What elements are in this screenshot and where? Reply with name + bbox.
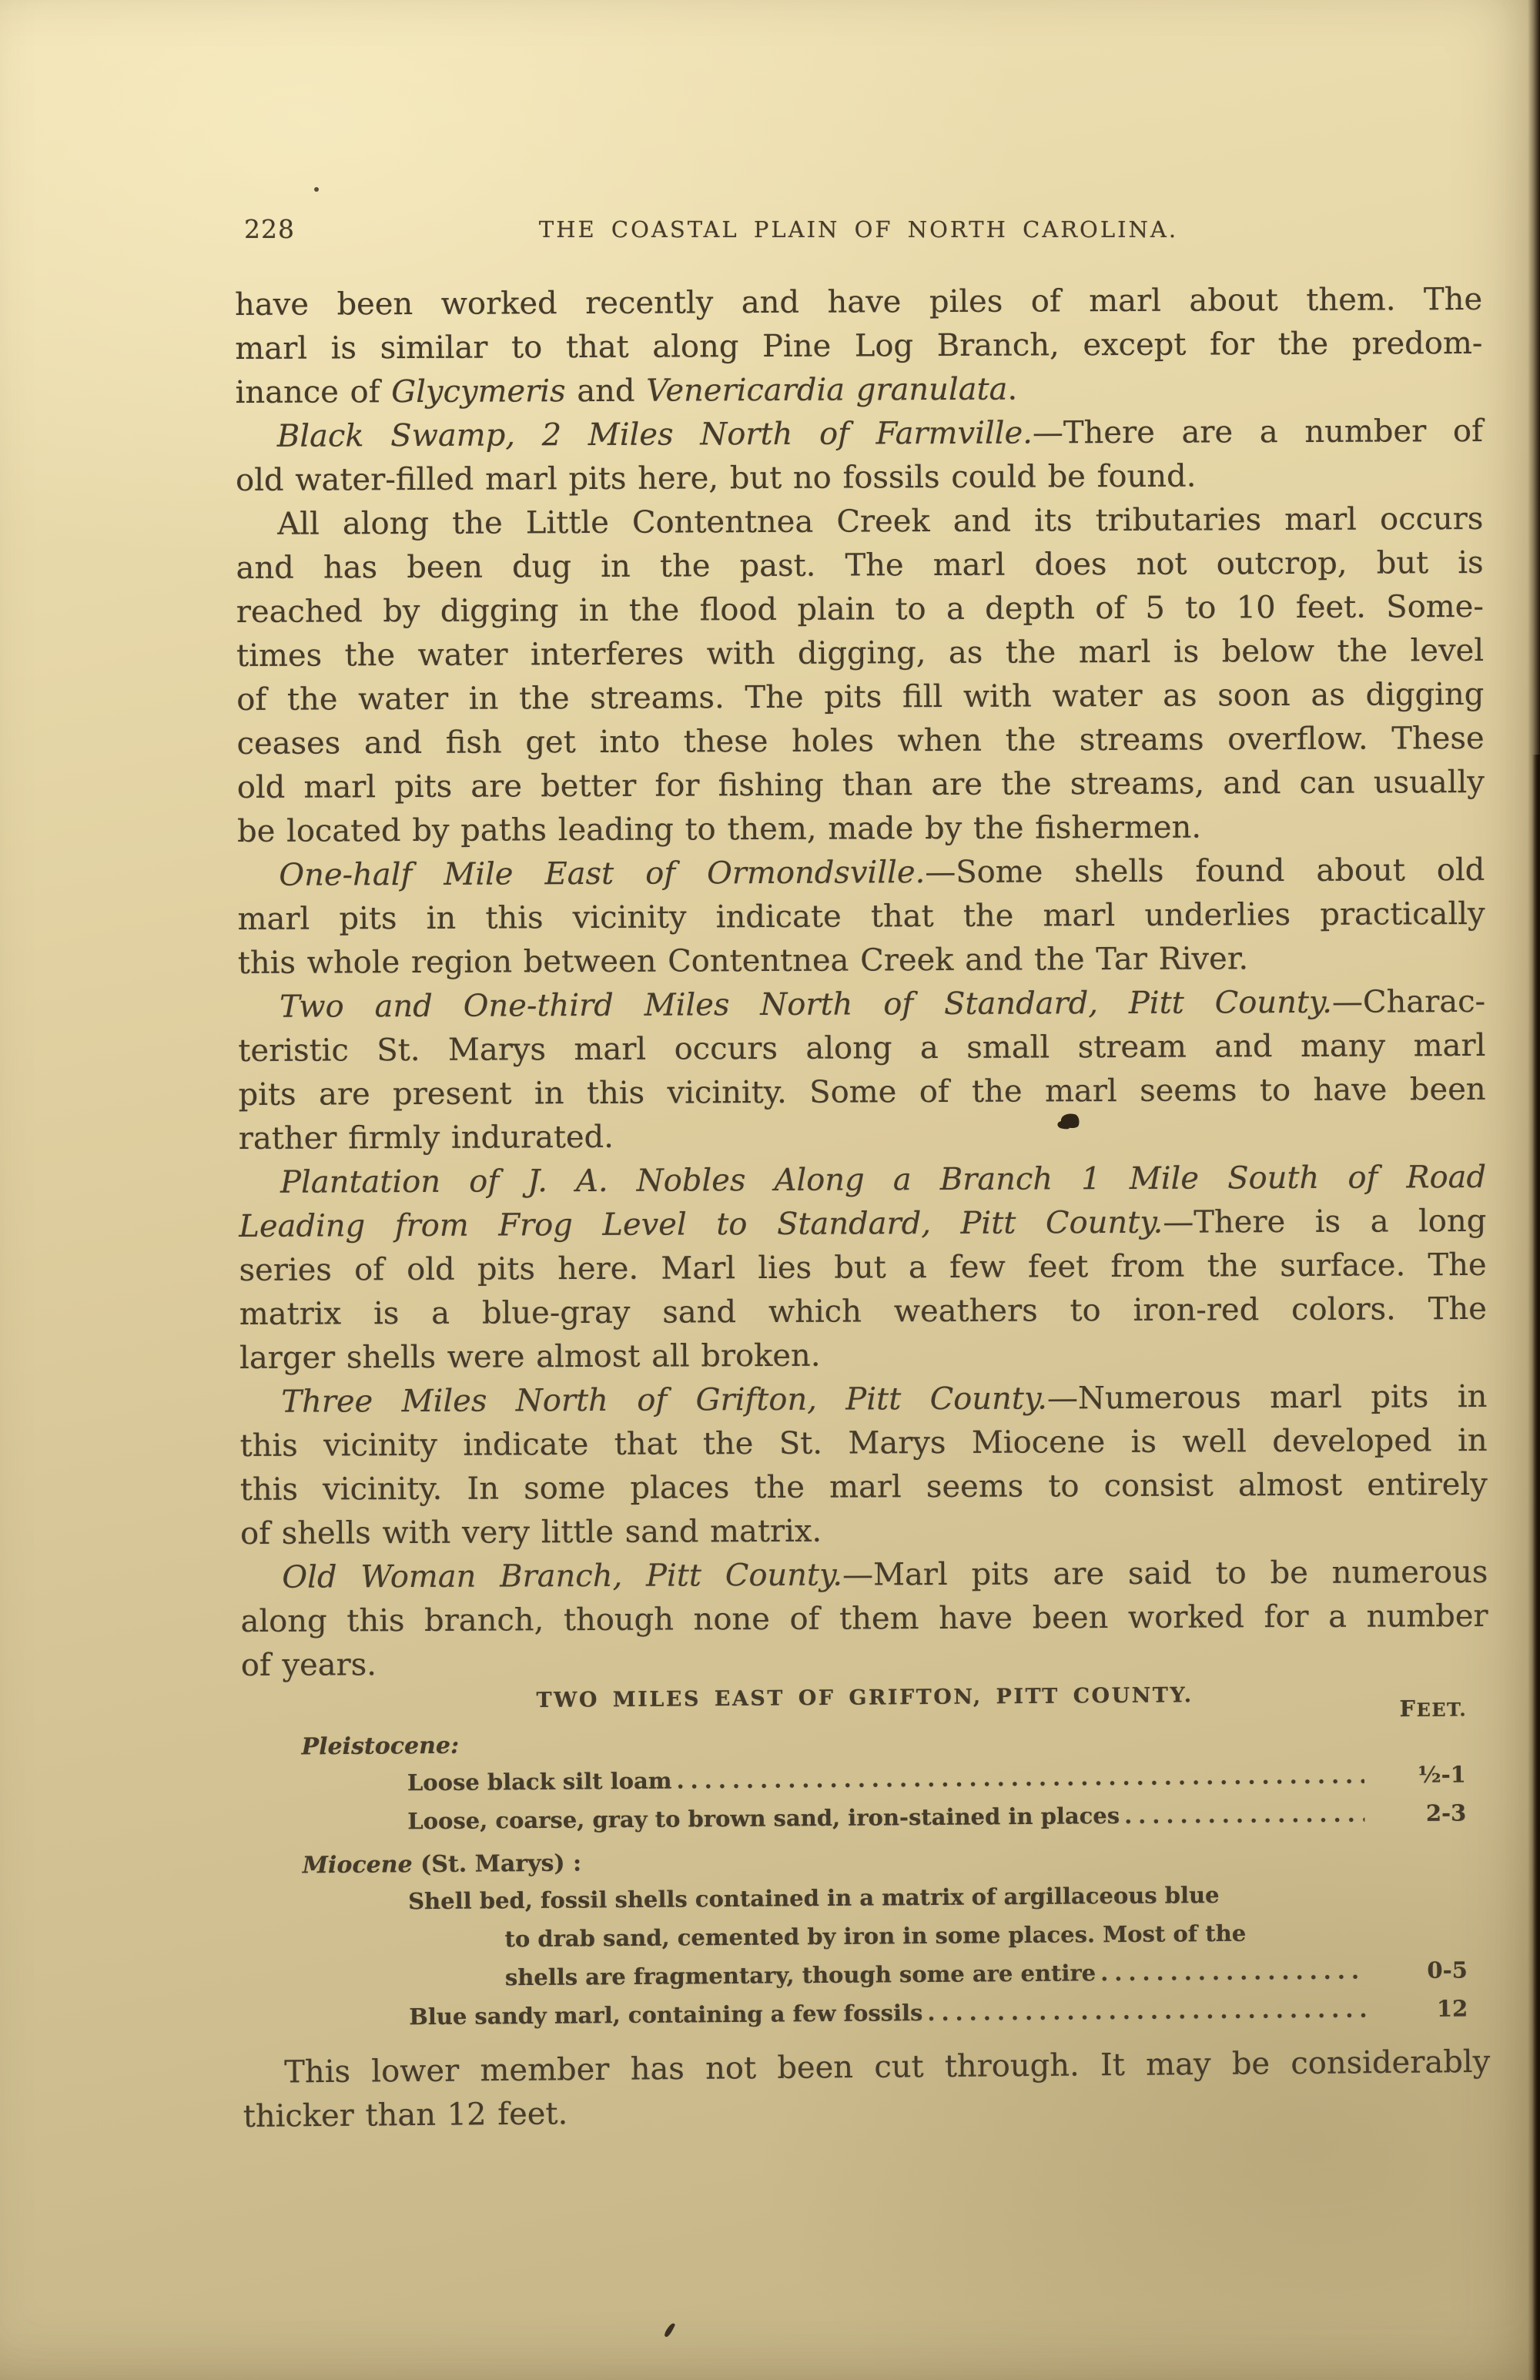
text-run: —Charac- <box>1332 984 1485 1020</box>
text-line: inance of Glycymeris and Venericardia gr… <box>235 366 1482 415</box>
italic-run: Leading from Frog Level to Standard, Pit… <box>239 1205 1163 1244</box>
text-run: and <box>565 373 646 409</box>
text-run: be located by paths leading to them, mad… <box>237 810 1201 849</box>
text-run: reached by digging in the flood plain to… <box>236 589 1484 630</box>
text-run: times the water interferes with digging,… <box>236 633 1484 674</box>
dot-leader <box>671 1756 1364 1800</box>
text-line: rather firmly indurated. <box>239 1112 1486 1161</box>
text-run: of shells with very little sand matrix. <box>240 1514 822 1552</box>
running-head: THE COASTAL PLAIN OF NORTH CAROLINA. <box>235 213 1482 243</box>
text-run: matrix is a blue-gray sand which weather… <box>239 1291 1487 1332</box>
italic-run: Venericardia granulata <box>646 372 1007 409</box>
text-run: rather firmly indurated. <box>239 1120 614 1157</box>
stratum-description: to drab sand, cemented by iron in some p… <box>504 1914 1246 1959</box>
text-line: have been worked recently and have piles… <box>235 278 1482 327</box>
dot-leader <box>922 1990 1366 2033</box>
text-run: This lower member has not been cut throu… <box>284 2044 1490 2090</box>
stratum-description: Blue sandy marl, containing a few fossil… <box>409 1993 922 2036</box>
text-line: marl is similar to that along Pine Log B… <box>235 322 1482 371</box>
italic-run: Miocene <box>303 1851 413 1879</box>
stratum-description: Shell bed, fossil shells contained in a … <box>408 1876 1220 1920</box>
stratum-description: shells are fragmentary, though some are … <box>505 1953 1096 1997</box>
text-line: series of old pits here. Marl lies but a… <box>239 1244 1486 1293</box>
text-line: of the water in the streams. The pits fi… <box>236 673 1484 722</box>
text-run: old water-filled marl pits here, but no … <box>236 459 1196 498</box>
text-run: marl is similar to that along Pine Log B… <box>235 326 1482 367</box>
italic-run: Two and One-third Miles North of Standar… <box>280 985 1332 1025</box>
ink-fleck-mark <box>664 2322 676 2338</box>
body-paragraphs: have been worked recently and have piles… <box>235 278 1488 1688</box>
text-line: Three Miles North of Grifton, Pitt Count… <box>239 1375 1487 1424</box>
thickness-value: 0-5 <box>1366 1950 1491 1990</box>
paragraph: Plantation of J. A. Nobles Along a Branc… <box>239 1156 1487 1381</box>
dot-leader <box>1120 1795 1365 1835</box>
text-run: (St. Marys) : <box>413 1850 582 1879</box>
text-run: —Marl pits are said to be numerous <box>842 1555 1488 1593</box>
text-run: . <box>1007 372 1017 407</box>
text-run: thicker than 12 feet. <box>243 2096 568 2134</box>
stratum-description: Loose black silt loam <box>407 1762 672 1803</box>
text-line: old water-filled marl pits here, but no … <box>236 454 1483 503</box>
thickness-value: 12 <box>1366 1989 1491 2028</box>
text-line: Two and One-third Miles North of Standar… <box>238 980 1485 1029</box>
text-line: old marl pits are better for fishing tha… <box>237 761 1485 810</box>
text-line: of shells with very little sand matrix. <box>240 1507 1488 1556</box>
text-run: larger shells were almost all broken. <box>239 1338 821 1376</box>
text-line: marl pits in this vicinity indicate that… <box>237 892 1485 942</box>
text-run: old marl pits are better for fishing tha… <box>237 765 1485 805</box>
text-run: along this branch, though none of them h… <box>240 1598 1488 1639</box>
text-run: this vicinity indicate that the St. Mary… <box>239 1423 1487 1464</box>
italic-run: Old Woman Branch, Pitt County. <box>282 1558 842 1595</box>
book-page-scan: 228 THE COASTAL PLAIN OF NORTH CAROLINA.… <box>0 0 1540 2380</box>
text-line: times the water interferes with digging,… <box>236 629 1484 678</box>
text-line: this vicinity. In some places the marl s… <box>240 1463 1488 1512</box>
page-header: 228 THE COASTAL PLAIN OF NORTH CAROLINA. <box>235 213 1482 246</box>
thickness-value: 2-3 <box>1364 1793 1489 1833</box>
paragraph: Three Miles North of Grifton, Pitt Count… <box>239 1375 1488 1556</box>
paragraph: All along the Little Contentnea Creek an… <box>236 497 1485 854</box>
text-run: series of old pits here. Marl lies but a… <box>239 1247 1486 1288</box>
text-run: —Numerous marl pits in <box>1047 1379 1488 1416</box>
text-run: —There is a long <box>1163 1203 1486 1240</box>
text-run: —There are a number of <box>1033 413 1483 451</box>
text-line: Old Woman Branch, Pitt County.—Marl pits… <box>240 1551 1488 1600</box>
page-content: have been worked recently and have piles… <box>235 278 1491 2139</box>
text-line: this vicinity indicate that the St. Mary… <box>239 1419 1487 1468</box>
text-run: teristic St. Marys marl occurs along a s… <box>238 1028 1485 1069</box>
paragraph: Black Swamp, 2 Miles North of Farmville.… <box>236 410 1483 503</box>
paragraph: have been worked recently and have piles… <box>235 278 1483 415</box>
italic-run: Plantation of J. A. Nobles Along a Branc… <box>280 1160 1486 1200</box>
page-edge-shadow-dark <box>1532 755 1540 2380</box>
text-run: have been worked recently and have piles… <box>235 282 1482 323</box>
text-line: be located by paths leading to them, mad… <box>237 805 1485 854</box>
text-line: along this branch, though none of them h… <box>240 1595 1488 1644</box>
text-line: pits are present in this vicinity. Some … <box>238 1068 1485 1117</box>
paragraph: One-half Mile East of Ormondsville.—Some… <box>237 849 1485 986</box>
text-line: Leading from Frog Level to Standard, Pit… <box>239 1200 1486 1249</box>
measured-section: TWO MILES EAST OF GRIFTON, PITT COUNTY. … <box>241 1679 1491 2037</box>
thickness-value: ½-1 <box>1364 1755 1489 1794</box>
text-run: this vicinity. In some places the marl s… <box>240 1467 1488 1508</box>
text-line: One-half Mile East of Ormondsville.—Some… <box>237 849 1485 898</box>
text-run: pits are present in this vicinity. Some … <box>238 1072 1485 1113</box>
paragraph: Old Woman Branch, Pitt County.—Marl pits… <box>240 1551 1488 1688</box>
text-line: larger shells were almost all broken. <box>239 1331 1487 1381</box>
paragraph: This lower member has not been cut throu… <box>243 2040 1491 2139</box>
page-number: 228 <box>244 214 295 244</box>
text-run: of the water in the streams. The pits fi… <box>236 677 1484 718</box>
text-line: Black Swamp, 2 Miles North of Farmville.… <box>236 410 1483 459</box>
closing-paragraph: This lower member has not been cut throu… <box>243 2040 1491 2139</box>
text-run: All along the Little Contentnea Creek an… <box>277 501 1483 542</box>
italic-run: Pleistocene: <box>301 1732 459 1761</box>
paper-speck <box>314 187 319 192</box>
text-run: this whole region between Contentnea Cre… <box>238 941 1249 981</box>
text-run: and has been dug in the past. The marl d… <box>236 545 1484 586</box>
text-run: marl pits in this vicinity indicate that… <box>238 896 1485 937</box>
text-line: teristic St. Marys marl occurs along a s… <box>238 1024 1485 1073</box>
italic-run: Black Swamp, 2 Miles North of Farmville. <box>277 415 1033 454</box>
text-run: inance of <box>236 374 392 410</box>
text-line: reached by digging in the flood plain to… <box>236 585 1484 634</box>
text-run: —Some shells found about old <box>925 852 1485 890</box>
text-run: ceases and fish get into these holes whe… <box>237 721 1485 762</box>
italic-run: Glycymeris <box>391 373 566 410</box>
stratum-description: Loose, coarse, gray to brown sand, iron-… <box>407 1796 1120 1840</box>
stratigraphy-groups: Pleistocene:Loose black silt loam½-1Loos… <box>241 1721 1491 2037</box>
dot-leader <box>1096 1952 1366 1993</box>
italic-run: Three Miles North of Grifton, Pitt Count… <box>281 1381 1047 1419</box>
text-run: of years. <box>241 1647 377 1683</box>
text-line: All along the Little Contentnea Creek an… <box>236 497 1483 547</box>
text-line: this whole region between Contentnea Cre… <box>238 936 1485 986</box>
text-line: and has been dug in the past. The marl d… <box>236 541 1483 591</box>
text-line: Plantation of J. A. Nobles Along a Branc… <box>239 1156 1486 1205</box>
text-line: matrix is a blue-gray sand which weather… <box>239 1287 1487 1337</box>
text-line: ceases and fish get into these holes whe… <box>236 717 1484 766</box>
paragraph: Two and One-third Miles North of Standar… <box>238 980 1486 1161</box>
italic-run: One-half Mile East of Ormondsville. <box>279 855 925 893</box>
